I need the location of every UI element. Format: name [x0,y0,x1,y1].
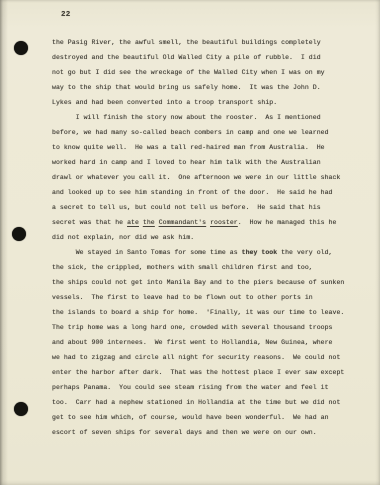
text-segment: the ships could not get into Manila Bay … [52,279,344,286]
text-segment: vessels. The first to leave had to be fl… [52,294,313,301]
text-segment: before, we had many so-called beach comb… [52,129,329,136]
text-line: We stayed in Santo Tomas for some time a… [52,245,344,260]
text-segment: drawl or whatever you call it. One after… [52,174,340,181]
text-line: we had to zigzag and circle all night fo… [52,350,344,365]
text-line: vessels. The first to leave had to be fl… [52,290,344,305]
text-line: enter the harbor after dark. That was th… [52,365,344,380]
text-segment: the islands to board a ship for home. 'F… [52,309,344,316]
text-line: get to see him which, of course, would h… [52,410,344,425]
text-line: way to the ship that would bring us safe… [52,80,344,95]
text-line: the islands to board a ship for home. 'F… [52,305,344,320]
text-segment: secret was that he [52,219,127,226]
text-line: the ships could not get into Manila Bay … [52,275,344,290]
text-line: Lykes and had been converted into a troo… [52,95,344,110]
hole-punch-dot [14,402,28,416]
text-segment: get to see him which, of course, would h… [52,414,329,421]
text-line: not go but I did see the wreckage of the… [52,65,344,80]
text-segment: the sick, the crippled, mothers with sma… [52,264,313,271]
hole-punch-dot [12,227,26,241]
scanned-page: 22 the Pasig River, the awful smell, the… [0,0,380,485]
text-segment: did not explain, nor did we ask him. [52,234,194,241]
underlined-text: ate [127,219,139,226]
overstruck-text: they took [242,249,278,256]
typewritten-text: the Pasig River, the awful smell, the be… [52,35,344,440]
scan-edge-shadow [0,0,8,485]
hole-punch-dot [14,41,28,55]
page-number: 22 [61,11,71,19]
text-segment: worked hard in camp and I loved to hear … [52,159,321,166]
text-line: before, we had many so-called beach comb… [52,125,344,140]
text-line: the sick, the crippled, mothers with sma… [52,260,344,275]
text-segment: and looked up to see him standing in fro… [52,189,333,196]
text-line: too. Carr had a nephew stationed in Holl… [52,395,344,410]
text-segment: destroyed and the beautiful Old Walled C… [52,54,321,61]
text-segment: escort of seven ships for several days a… [52,429,317,436]
text-line: drawl or whatever you call it. One after… [52,170,344,185]
text-segment: a secret to tell us, but could not tell … [52,204,321,211]
text-segment: and about 900 internees. We first went t… [52,339,333,346]
text-segment: perhaps Panama. You could see steam risi… [52,384,329,391]
text-line: a secret to tell us, but could not tell … [52,200,344,215]
underlined-text: Commandant's [159,219,206,226]
text-line: The trip home was a long hard one, crowd… [52,320,344,335]
text-segment: We stayed in Santo Tomas for some time a… [52,249,242,256]
text-segment: we had to zigzag and circle all night fo… [52,354,340,361]
underlined-text: the [143,219,155,226]
text-segment: to know quite well. He was a tall red-ha… [52,144,325,151]
text-line: and about 900 internees. We first went t… [52,335,344,350]
text-segment: . How he managed this he [238,219,337,226]
text-segment: not go but I did see the wreckage of the… [52,69,325,76]
text-line: destroyed and the beautiful Old Walled C… [52,50,344,65]
text-segment: Lykes and had been converted into a troo… [52,99,277,106]
text-segment: The trip home was a long hard one, crowd… [52,324,333,331]
text-line: to know quite well. He was a tall red-ha… [52,140,344,155]
text-line: escort of seven ships for several days a… [52,425,344,440]
text-segment: the Pasig River, the awful smell, the be… [52,39,321,46]
text-segment: I will finish the story now about the ro… [52,114,321,121]
text-line: secret was that he ate the Commandant's … [52,215,344,230]
text-segment: the very old, [277,249,332,256]
text-line: the Pasig River, the awful smell, the be… [52,35,344,50]
text-line: perhaps Panama. You could see steam risi… [52,380,344,395]
underlined-text: rooster [210,219,238,226]
text-segment: enter the harbor after dark. That was th… [52,369,344,376]
text-segment: way to the ship that would bring us safe… [52,84,321,91]
text-line: I will finish the story now about the ro… [52,110,344,125]
text-line: worked hard in camp and I loved to hear … [52,155,344,170]
text-segment: too. Carr had a nephew stationed in Holl… [52,399,340,406]
text-line: did not explain, nor did we ask him. [52,230,344,245]
text-line: and looked up to see him standing in fro… [52,185,344,200]
